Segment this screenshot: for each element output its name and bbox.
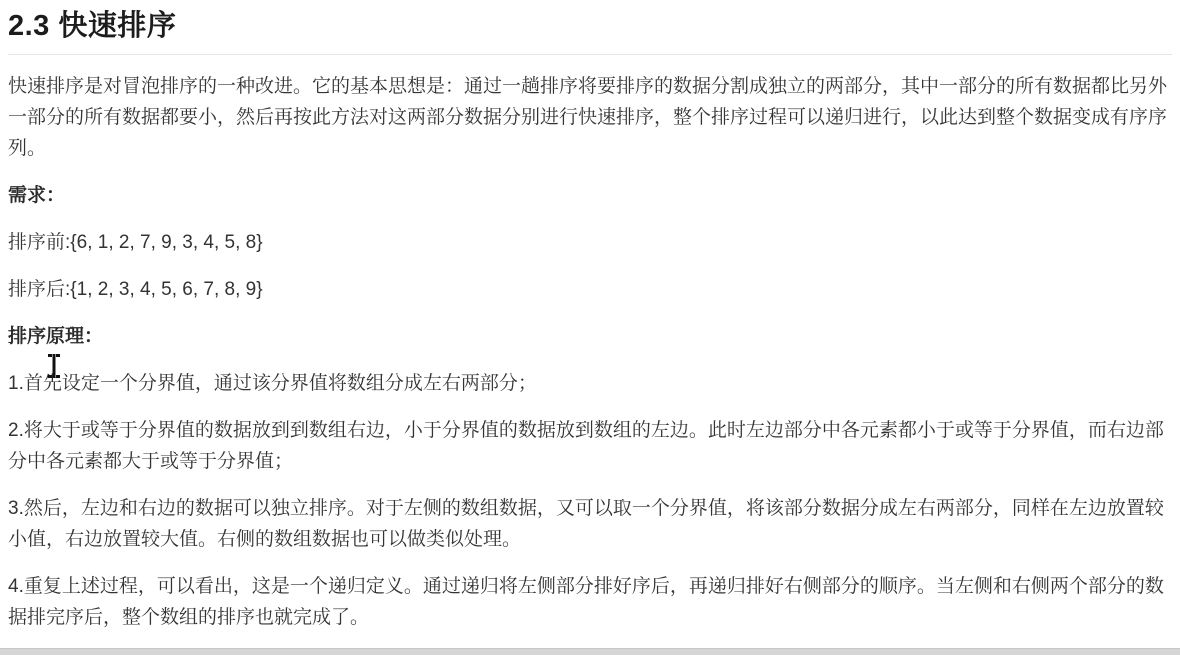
principle-step-4: 4.重复上述过程，可以看出，这是一个递归定义。通过递归将左侧部分排好序后，再递归…	[8, 571, 1172, 633]
principle-step-2: 2.将大于或等于分界值的数据放到到数组右边，小于分界值的数据放到数组的左边。此时…	[8, 415, 1172, 477]
document-page: 2.3 快速排序 快速排序是对冒泡排序的一种改进。它的基本思想是：通过一趟排序将…	[0, 0, 1180, 648]
principle-step-3: 3.然后，左边和右边的数据可以独立排序。对于左侧的数组数据，又可以取一个分界值，…	[8, 493, 1172, 555]
principle-step-1: 1.首先设定一个分界值，通过该分界值将数组分成左右两部分；	[8, 368, 1172, 399]
requirements-heading: 需求：	[8, 180, 1172, 211]
before-sort-line: 排序前:{6, 1, 2, 7, 9, 3, 4, 5, 8}	[8, 227, 1172, 258]
bottom-scrollbar[interactable]	[0, 648, 1180, 655]
after-sort-line: 排序后:{1, 2, 3, 4, 5, 6, 7, 8, 9}	[8, 274, 1172, 305]
page-title: 2.3 快速排序	[8, 0, 1172, 55]
principle-heading: 排序原理：	[8, 321, 1172, 352]
intro-paragraph: 快速排序是对冒泡排序的一种改进。它的基本思想是：通过一趟排序将要排序的数据分割成…	[8, 71, 1172, 164]
